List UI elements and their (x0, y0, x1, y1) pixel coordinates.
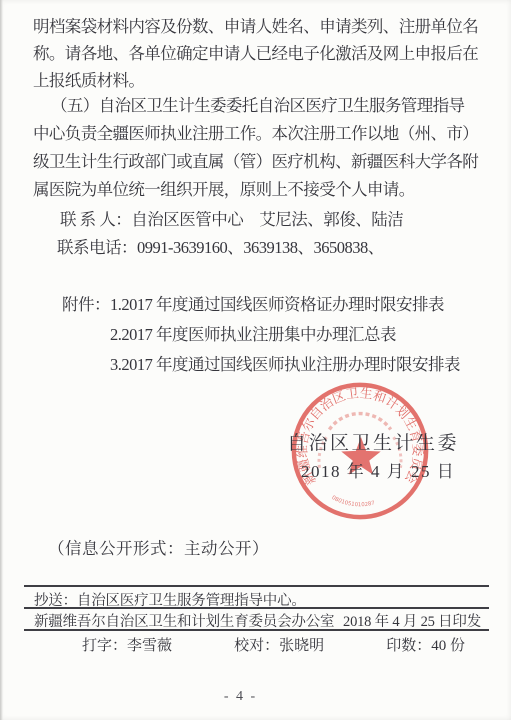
attachment-item: 3.2017 年度通过国线医师执业注册办理时限安排表 (110, 350, 460, 380)
scanned-document-page: 明档案袋材料内容及份数、申请人姓名、申请类列、注册单位名 称。请各地、各单位确定… (0, 0, 511, 720)
attachments-label: 附件： (62, 290, 110, 320)
footer-rule-bottom (24, 629, 489, 631)
paragraph-2-line: 属医院为单位统一组织开展，原则上不接受个人申请。 (33, 176, 480, 204)
signature-issuer: 自治区卫生计生委 (287, 428, 459, 455)
paragraph-2-line: 中心负责全疆医师执业注册工作。本次注册工作以地（州、市） (33, 120, 480, 148)
signature-date: 2018 年 4 月 25 日 (301, 457, 455, 482)
production-credits-row: 打字：李雪薇 校对：张晓明 印数：40 份 (82, 634, 465, 655)
contact-person-line: 联 系 人：自治区医管中心 艾尼法、郭俊、陆洁 (60, 206, 403, 230)
paragraph-1-line: 称。请各地、各单位确定申请人已经电子化激活及网上申报后在 (33, 40, 480, 67)
paragraph-2-line: 级卫生计生行政部门或直属（管）医疗机构、新疆医科大学各附 (33, 148, 480, 176)
typist: 打字：李雪薇 (82, 634, 172, 655)
paragraph-1-line: 上报纸质材料。 (33, 67, 480, 94)
print-date: 2018 年 4 月 25 日印发 (343, 610, 481, 631)
attachment-item: 1.2017 年度通过国线医师资格证办理时限安排表 (110, 290, 460, 320)
proofreader: 校对：张晓明 (234, 634, 324, 655)
scan-edge-shadow (0, 0, 3, 720)
paragraph-2: （五）自治区卫生计生委委托自治区医疗卫生服务管理指导 中心负责全疆医师执业注册工… (33, 92, 480, 204)
issuing-office: 新疆维吾尔自治区卫生和计划生育委员会办公室 (34, 610, 334, 631)
seal-code: 0801051010287 (331, 495, 376, 508)
contact-phone-line: 联系电话：0991-3639160、3639138、3650838、 (57, 234, 384, 258)
paragraph-2-line: （五）自治区卫生计生委委托自治区医疗卫生服务管理指导 (33, 92, 480, 120)
attachments-block: 附件： 1.2017 年度通过国线医师资格证办理时限安排表 2.2017 年度医… (62, 290, 460, 380)
page-number: - 4 - (0, 689, 481, 705)
disclosure-note: （信息公开形式：主动公开） (48, 535, 269, 559)
copies-count: 印数：40 份 (386, 634, 465, 655)
attachments-list: 1.2017 年度通过国线医师资格证办理时限安排表 2.2017 年度医师执业注… (110, 290, 460, 380)
attachment-item: 2.2017 年度医师执业注册集中办理汇总表 (110, 320, 460, 350)
footer-rule-top (24, 585, 489, 587)
issuing-office-row: 新疆维吾尔自治区卫生和计划生育委员会办公室 2018 年 4 月 25 日印发 (34, 610, 481, 631)
paragraph-1-line: 明档案袋材料内容及份数、申请人姓名、申请类列、注册单位名 (33, 13, 480, 40)
footer-rule-middle (24, 607, 489, 609)
paragraph-1: 明档案袋材料内容及份数、申请人姓名、申请类列、注册单位名 称。请各地、各单位确定… (33, 13, 480, 94)
